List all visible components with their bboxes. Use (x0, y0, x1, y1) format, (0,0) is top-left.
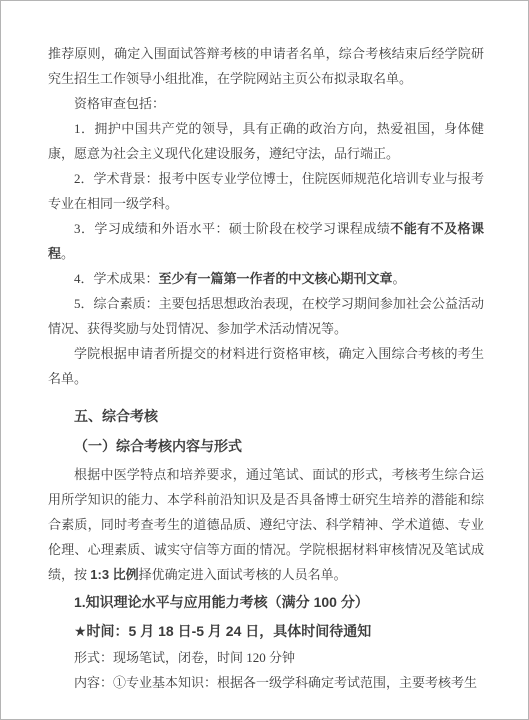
text-run: 根据中医学特点和培养要求，通过笔试、面试的形式，考核考生综合运用所学知识的能力、… (48, 467, 484, 582)
bold-text-run: 至少有一篇第一作者的中文核心期刊文章 (159, 271, 393, 286)
para-item-1-political: 1．拥护中国共产党的领导，具有正确的政治方向，热爱祖国，身体健康，愿意为社会主义… (48, 116, 484, 166)
text-run: 推荐原则，确定入围面试答辩考核的申请者名单，综合考核结束后经学院研究生招生工作领… (48, 46, 484, 86)
para-test-time: ★时间：5 月 18 日-5 月 24 日，具体时间待通知 (48, 619, 484, 645)
para-review-result: 学院根据申请者所提交的材料进行资格审核，确定入围综合考核的考生名单。 (48, 341, 484, 391)
heading-written-test: 1.知识理论水平与应用能力考核（满分 100 分） (48, 590, 484, 616)
text-run: 4．学术成果： (74, 271, 159, 286)
bold-text-run: （一）综合考核内容与形式 (74, 438, 242, 454)
para-qualification-review-intro: 资格审查包括： (48, 91, 484, 116)
bold-text-run: 1:3 比例 (90, 567, 138, 582)
para-test-format: 形式：现场笔试，闭卷，时间 120 分钟 (48, 645, 484, 670)
para-item-2-academic-background: 2．学术背景：报考中医专业学位博士，住院医师规范化培训专业与报考专业在相同一级学… (48, 166, 484, 216)
text-run: 。 (61, 246, 74, 261)
text-run: 1．拥护中国共产党的领导，具有正确的政治方向，热爱祖国，身体健康，愿意为社会主义… (48, 121, 484, 161)
para-item-5-comprehensive-quality: 5．综合素质：主要包括思想政治表现，在校学习期间参加社会公益活动情况、获得奖励与… (48, 291, 484, 341)
text-run: 形式：现场笔试，闭卷，时间 120 分钟 (74, 650, 295, 665)
bold-text-run: ★时间：5 月 18 日-5 月 24 日，具体时间待通知 (74, 623, 371, 639)
para-continuation: 推荐原则，确定入围面试答辩考核的申请者名单，综合考核结束后经学院研究生招生工作领… (48, 41, 484, 91)
text-run: 学院根据申请者所提交的材料进行资格审核，确定入围综合考核的考生名单。 (48, 346, 484, 386)
text-run: 3．学习成绩和外语水平：硕士阶段在校学习课程成绩 (74, 221, 390, 236)
para-assessment-overview: 根据中医学特点和培养要求，通过笔试、面试的形式，考核考生综合运用所学知识的能力、… (48, 462, 484, 587)
bold-text-run: 1.知识理论水平与应用能力考核（满分 100 分） (74, 594, 369, 610)
document-body: 推荐原则，确定入围面试答辩考核的申请者名单，综合考核结束后经学院研究生招生工作领… (48, 41, 484, 695)
text-run: 5．综合素质：主要包括思想政治表现，在校学习期间参加社会公益活动情况、获得奖励与… (48, 296, 484, 336)
text-run: 择优确定进入面试考核的人员名单。 (139, 567, 347, 582)
para-test-content: 内容：①专业基本知识：根据各一级学科确定考试范围，主要考核考生 (48, 670, 484, 695)
document-page: 推荐原则，确定入围面试答辩考核的申请者名单，综合考核结束后经学院研究生招生工作领… (0, 0, 529, 720)
bold-text-run: 五、综合考核 (74, 408, 158, 424)
text-run: 内容：①专业基本知识：根据各一级学科确定考试范围，主要考核考生 (74, 675, 477, 690)
text-run: 。 (393, 271, 406, 286)
text-run: 2．学术背景：报考中医专业学位博士，住院医师规范化培训专业与报考专业在相同一级学… (48, 171, 484, 211)
heading-subsection-1-content-and-form: （一）综合考核内容与形式 (48, 434, 484, 460)
para-item-3-grades-language: 3．学习成绩和外语水平：硕士阶段在校学习课程成绩不能有不及格课程。 (48, 216, 484, 266)
para-item-4-academic-achievements: 4．学术成果：至少有一篇第一作者的中文核心期刊文章。 (48, 266, 484, 291)
heading-section-5-comprehensive-assessment: 五、综合考核 (48, 404, 484, 430)
text-run: 资格审查包括： (74, 96, 165, 111)
